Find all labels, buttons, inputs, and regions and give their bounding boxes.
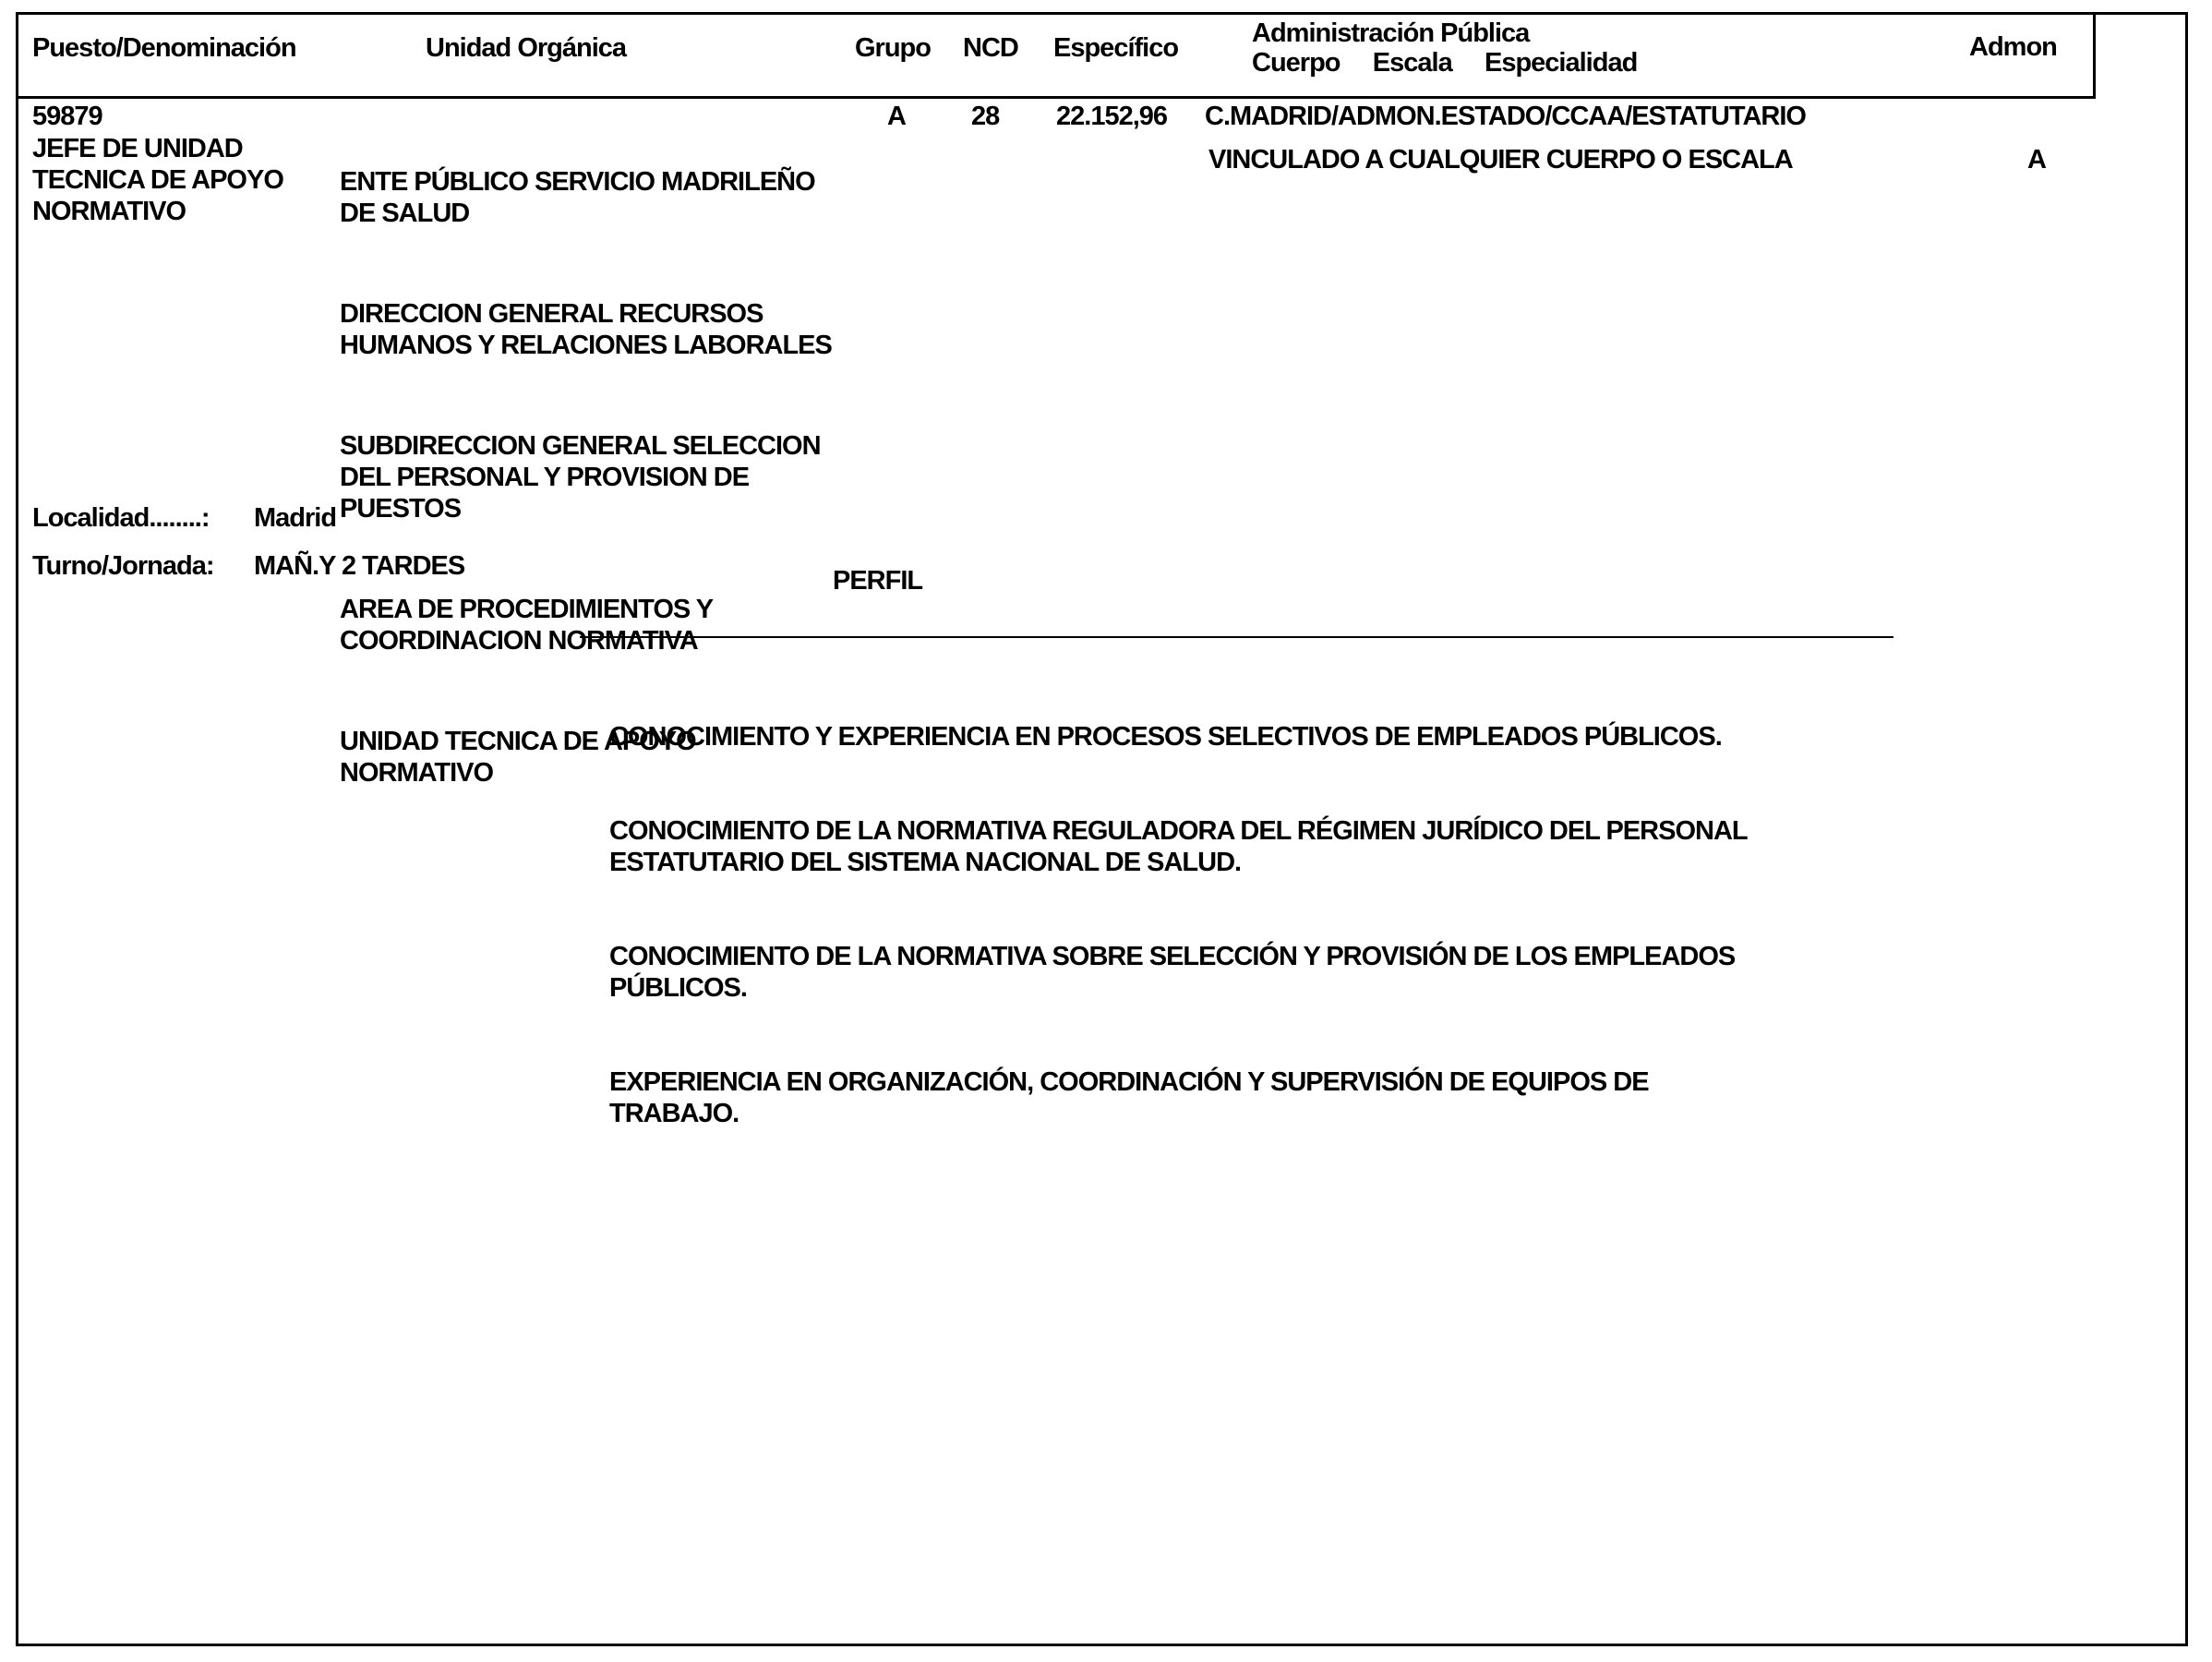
column-header-unidad: Unidad Orgánica [426, 32, 626, 64]
puesto-code: 59879 [32, 101, 102, 132]
perfil-items: CONOCIMIENTO Y EXPERIENCIA EN PROCESOS S… [609, 658, 1748, 1161]
unidad-organica-item: ENTE PÚBLICO SERVICIO MADRILEÑO DE SALUD [340, 166, 832, 229]
header-separator-line [16, 96, 2096, 99]
perfil-item: CONOCIMIENTO DE LA NORMATIVA REGULADORA … [609, 815, 1748, 878]
localidad-label: Localidad........: [32, 502, 209, 534]
unidad-organica-item: AREA DE PROCEDIMIENTOS Y COORDINACION NO… [340, 594, 832, 656]
unidad-organica-item: DIRECCION GENERAL RECURSOS HUMANOS Y REL… [340, 298, 832, 361]
perfil-label: PERFIL [833, 565, 922, 596]
column-header-puesto: Puesto/Denominación [32, 32, 296, 64]
ncd-value: 28 [971, 101, 999, 132]
column-header-ncd: NCD [963, 32, 1018, 64]
admin-publica-value: C.MADRID/ADMON.ESTADO/CCAA/ESTATUTARIO [1205, 101, 1806, 132]
unidad-organica-item: SUBDIRECCION GENERAL SELECCION DEL PERSO… [340, 430, 832, 524]
puesto-title: JEFE DE UNIDAD TECNICA DE APOYO NORMATIV… [32, 133, 283, 227]
perfil-item: EXPERIENCIA EN ORGANIZACIÓN, COORDINACIÓ… [609, 1066, 1748, 1129]
column-header-especifico: Específico [1053, 32, 1178, 64]
turno-jornada-value: MAÑ.Y 2 TARDES [254, 550, 464, 582]
perfil-item: CONOCIMIENTO DE LA NORMATIVA SOBRE SELEC… [609, 941, 1748, 1004]
localidad-value: Madrid [254, 502, 336, 534]
column-header-grupo: Grupo [855, 32, 931, 64]
perfil-item: CONOCIMIENTO Y EXPERIENCIA EN PROCESOS S… [609, 721, 1748, 753]
especifico-value: 22.152,96 [1056, 101, 1167, 132]
column-header-cuerpo-escala-especialidad: Cuerpo Escala Especialidad [1252, 47, 1637, 78]
column-header-admon: Admon [1969, 31, 2057, 63]
admon-value: A [2027, 144, 2046, 175]
turno-jornada-label: Turno/Jornada: [32, 550, 214, 582]
header-admon-divider [2093, 12, 2096, 99]
perfil-divider-line [580, 636, 1893, 638]
grupo-value: A [887, 101, 906, 132]
column-header-admin-publica: Administración Pública [1252, 18, 1529, 49]
vinculado-value: VINCULADO A CUALQUIER CUERPO O ESCALA [1208, 144, 1793, 175]
